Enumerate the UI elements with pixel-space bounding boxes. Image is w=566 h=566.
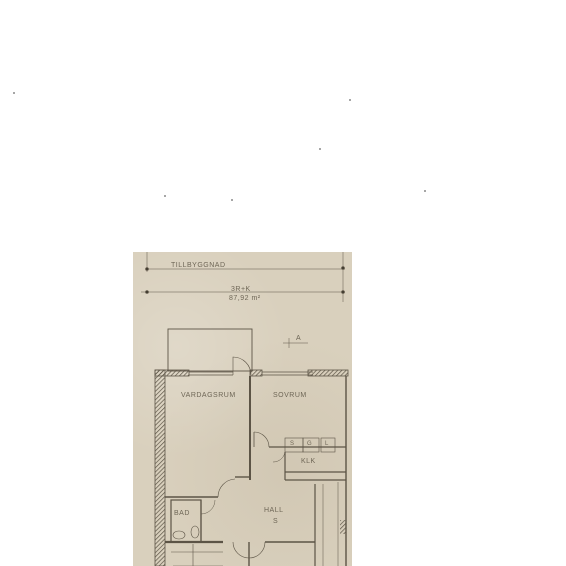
extension-label: TILLBYGGNAD	[171, 262, 226, 269]
scan-speck	[164, 195, 166, 197]
kitchen-fixture-cabinet: L	[325, 441, 329, 447]
scan-speck	[319, 148, 321, 150]
bathroom-label: BAD	[174, 510, 190, 517]
section-marker-label: A	[296, 335, 301, 342]
bedroom-label: SOVRUM	[273, 392, 307, 399]
kitchen-fixture-stove: G	[307, 441, 312, 447]
hall-storage-label: S	[273, 518, 278, 525]
area-label: 87,92 m²	[229, 295, 261, 302]
floor-plan-sheet: TILLBYGGNAD 3R+K 87,92 m² A VARDAGSRUM S…	[133, 252, 352, 566]
scan-speck	[424, 190, 426, 192]
scan-speck	[231, 199, 233, 201]
scan-speck	[13, 92, 15, 94]
living-room-label: VARDAGSRUM	[181, 392, 236, 399]
kitchen-fixture-sink: S	[290, 441, 295, 447]
scan-speck	[349, 99, 351, 101]
apartment-type-label: 3R+K	[231, 286, 251, 293]
hall-label: HALL	[264, 507, 284, 514]
kitchen-label: KLK	[301, 458, 316, 465]
